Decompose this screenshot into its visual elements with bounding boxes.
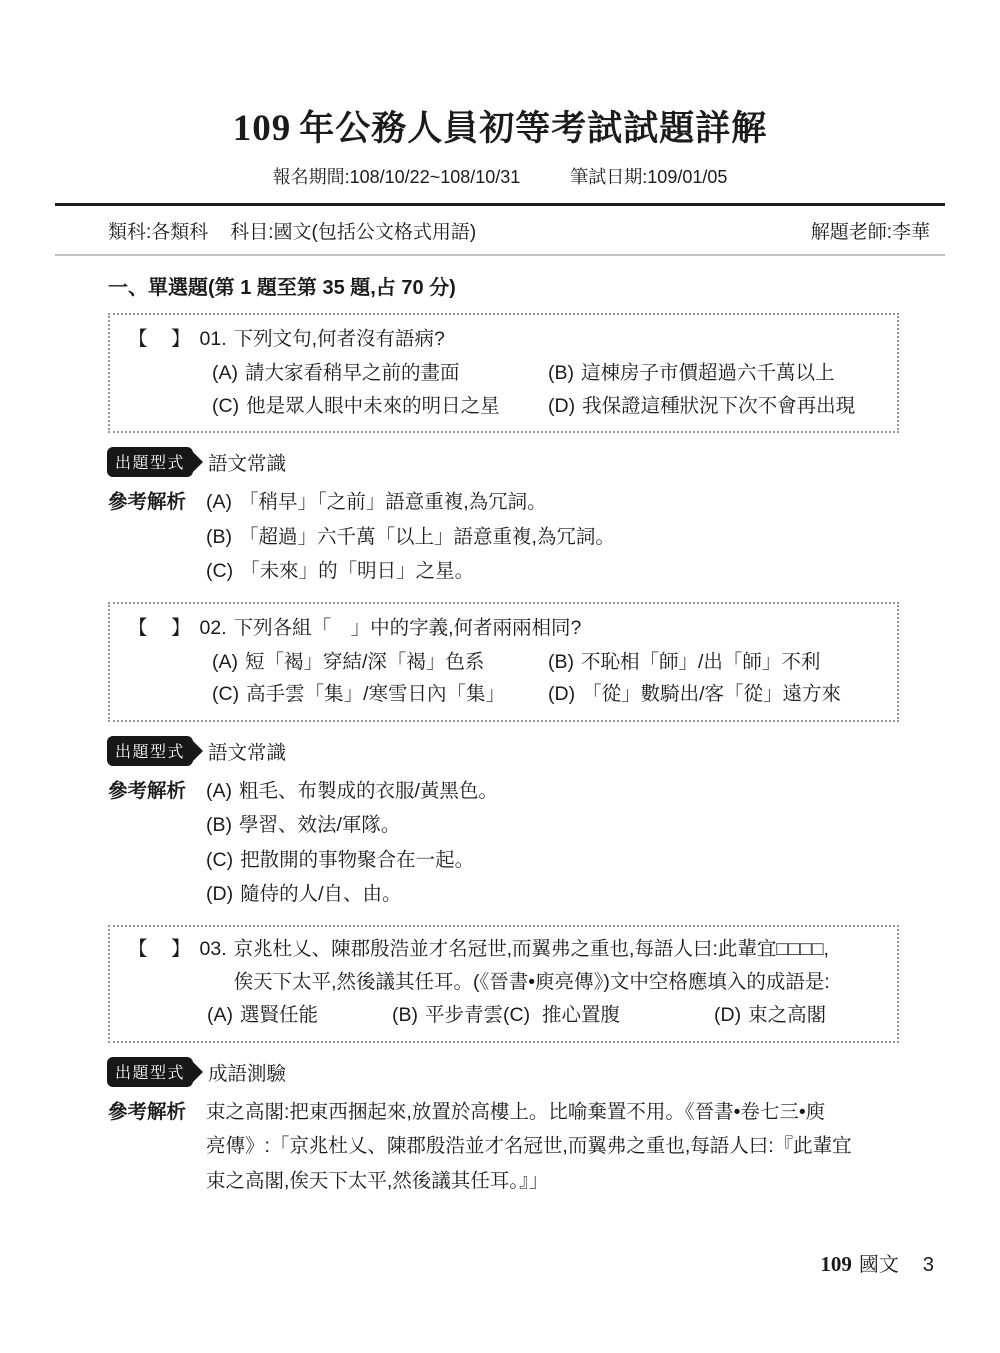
analysis-line: (C)把散開的事物聚合在一起。 xyxy=(206,843,900,878)
analysis-line: 亮傳》:「京兆杜乂、陳郡殷浩並才名冠世,而翼弗之重也,每語人曰:『此輩宜 xyxy=(206,1129,900,1164)
analysis-block: 參考解析 束之高閣:把東西捆起來,放置於高樓上。比喻棄置不用。《晉書•卷七三•庾… xyxy=(108,1095,900,1199)
analysis-label: 參考解析 xyxy=(108,774,186,912)
meta-left: 類科:各類科 科目:國文(包括公文格式用語) xyxy=(108,217,476,244)
question-type-row: 出題型式 語文常識 xyxy=(107,736,1000,766)
analysis-block: 參考解析 (A)「稍早」「之前」語意重複,為冗詞。 (B)「超過」六千萬「以上」… xyxy=(108,485,900,589)
option-c: (C)高手雲「集」/寒雪日內「集」 xyxy=(212,678,548,711)
answer-bracket: 【 】 xyxy=(128,933,193,966)
option-a: (A)選賢任能 xyxy=(207,999,392,1032)
divider-thin xyxy=(55,254,945,256)
question-stem: 下列各組「 」中的字義,何者兩兩相同? xyxy=(234,610,582,646)
exam-dates-row: 報名期間:108/10/22~108/10/31 筆試日期:109/01/05 xyxy=(0,163,1000,189)
option-d: (D)「從」數騎出/客「從」遠方來 xyxy=(548,678,881,711)
arrow-right-icon xyxy=(191,450,203,474)
analysis-line: 束之高閣:把東西捆起來,放置於高樓上。比喻棄置不用。《晉書•卷七三•庾 xyxy=(206,1095,900,1130)
footer-page-number: 3 xyxy=(923,1254,934,1277)
question-stem: 京兆杜乂、陳郡殷浩並才名冠世,而翼弗之重也,每語人曰:此輩宜□□□□, 俟天下太… xyxy=(234,933,830,999)
options-grid: (A)短「褐」穿結/深「褐」色系 (B)不恥相「師」/出「師」不利 (C)高手雲… xyxy=(212,646,881,711)
option-d: (D)束之高閣 xyxy=(714,999,826,1032)
analysis-line: (C)「未來」的「明日」之星。 xyxy=(206,554,900,589)
option-d: (D)我保證這種狀況下次不會再出現 xyxy=(548,390,881,423)
question-stem-row: 【 】 02. 下列各組「 」中的字義,何者兩兩相同? xyxy=(128,610,881,646)
answer-bracket: 【 】 xyxy=(128,610,193,646)
page-title: 109年公務人員初等考試試題詳解 xyxy=(0,0,1000,152)
question-box-01: 【 】 01. 下列文句,何者沒有語病? (A)請大家看稍早之前的畫面 (B)這… xyxy=(108,313,899,433)
analysis-line: (A)粗毛、布製成的衣服/黃黑色。 xyxy=(206,774,900,809)
analysis-block: 參考解析 (A)粗毛、布製成的衣服/黃黑色。 (B)學習、效法/軍隊。 (C)把… xyxy=(108,774,900,912)
question-type-badge: 出題型式 xyxy=(107,447,193,477)
question-number: 01. xyxy=(200,321,227,357)
analysis-line: (D)隨侍的人/自、由。 xyxy=(206,877,900,912)
options-row: (A)選賢任能 (B)平步青雲(C) 推心置腹 (D)束之高閣 xyxy=(207,999,881,1032)
subject: 科目:國文(包括公文格式用語) xyxy=(230,217,476,244)
analysis-line: (B)學習、效法/軍隊。 xyxy=(206,808,900,843)
question-type: 語文常識 xyxy=(208,737,286,765)
analysis-line: (B)「超過」六千萬「以上」語意重複,為冗詞。 xyxy=(206,520,900,555)
title-year: 109 xyxy=(233,108,292,149)
question-stem-row: 【 】 01. 下列文句,何者沒有語病? xyxy=(128,321,881,357)
question-stem-row: 【 】 03. 京兆杜乂、陳郡殷浩並才名冠世,而翼弗之重也,每語人曰:此輩宜□□… xyxy=(128,933,881,999)
options-grid: (A)請大家看稍早之前的畫面 (B)這棟房子市價超過六千萬以上 (C)他是眾人眼… xyxy=(212,357,881,422)
section-heading: 一、單選題(第 1 題至第 35 題,占 70 分) xyxy=(108,271,900,300)
option-a: (A)請大家看稍早之前的畫面 xyxy=(212,357,548,390)
title-text: 年公務人員初等考試試題詳解 xyxy=(299,109,767,148)
question-type: 成語測驗 xyxy=(208,1058,286,1086)
page-footer: 109 國文 3 xyxy=(820,1248,934,1277)
arrow-right-icon xyxy=(191,1060,203,1084)
answer-bracket: 【 】 xyxy=(128,321,193,357)
question-stem: 下列文句,何者沒有語病? xyxy=(234,321,445,357)
question-type-row: 出題型式 語文常識 xyxy=(107,447,1000,477)
divider-thick xyxy=(55,203,945,206)
option-b: (B)平步青雲(C) xyxy=(392,999,535,1032)
question-type-badge: 出題型式 xyxy=(107,1057,193,1087)
option-b: (B)不恥相「師」/出「師」不利 xyxy=(548,646,881,679)
analysis-line: 束之高閣,俟天下太平,然後議其任耳。』」 xyxy=(206,1164,900,1199)
question-type: 語文常識 xyxy=(208,448,286,476)
arrow-right-icon xyxy=(191,739,203,763)
question-box-02: 【 】 02. 下列各組「 」中的字義,何者兩兩相同? (A)短「褐」穿結/深「… xyxy=(108,602,899,722)
analysis-content: (A)粗毛、布製成的衣服/黃黑色。 (B)學習、效法/軍隊。 (C)把散開的事物… xyxy=(206,774,900,912)
category: 類科:各類科 xyxy=(108,217,208,244)
option-a: (A)短「褐」穿結/深「褐」色系 xyxy=(212,646,548,679)
analysis-line: (A)「稍早」「之前」語意重複,為冗詞。 xyxy=(206,485,900,520)
option-b: (B)這棟房子市價超過六千萬以上 xyxy=(548,357,881,390)
question-number: 02. xyxy=(200,610,227,646)
option-c: (C)他是眾人眼中未來的明日之星 xyxy=(212,390,548,423)
analysis-content: 束之高閣:把東西捆起來,放置於高樓上。比喻棄置不用。《晉書•卷七三•庾 亮傳》:… xyxy=(206,1095,900,1199)
written-exam-date: 筆試日期:109/01/05 xyxy=(570,163,727,189)
footer-year: 109 xyxy=(820,1252,852,1277)
question-box-03: 【 】 03. 京兆杜乂、陳郡殷浩並才名冠世,而翼弗之重也,每語人曰:此輩宜□□… xyxy=(108,925,899,1043)
question-type-row: 出題型式 成語測驗 xyxy=(107,1057,1000,1087)
analysis-content: (A)「稍早」「之前」語意重複,為冗詞。 (B)「超過」六千萬「以上」語意重複,… xyxy=(206,485,900,589)
question-type-badge: 出題型式 xyxy=(107,736,193,766)
teacher: 解題老師:李華 xyxy=(811,217,930,244)
analysis-label: 參考解析 xyxy=(108,485,186,589)
option-c: 推心置腹 xyxy=(535,999,714,1032)
footer-subject: 國文 xyxy=(859,1248,899,1277)
meta-row: 類科:各類科 科目:國文(包括公文格式用語) 解題老師:李華 xyxy=(108,217,930,244)
question-number: 03. xyxy=(200,933,227,966)
registration-period: 報名期間:108/10/22~108/10/31 xyxy=(273,163,521,189)
document-page: 109年公務人員初等考試試題詳解 報名期間:108/10/22~108/10/3… xyxy=(0,0,1000,1353)
analysis-label: 參考解析 xyxy=(108,1095,186,1199)
